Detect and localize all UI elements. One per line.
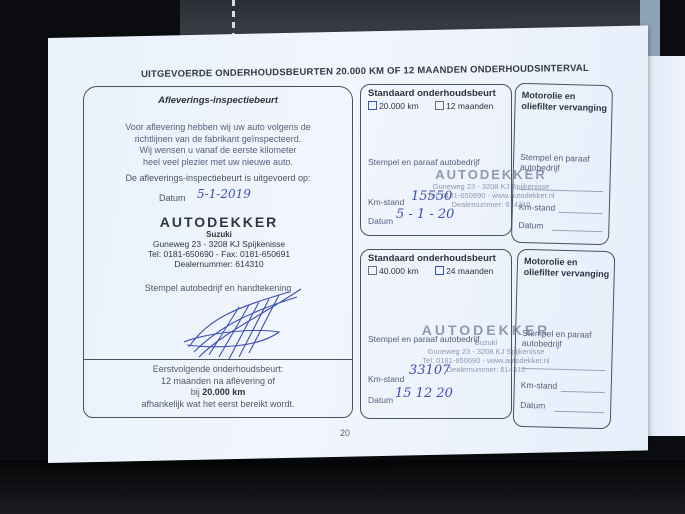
inspection-divider — [84, 359, 352, 360]
service-title: Standaard onderhoudsbeurt — [368, 88, 496, 99]
option-2-label: 24 maanden — [446, 266, 493, 276]
oil-title-line: oliefilter vervanging — [521, 101, 607, 114]
option-2-label: 12 maanden — [446, 101, 493, 111]
delivery-inspection-box: Afleverings-inspectiebeurt Voor afleveri… — [83, 86, 353, 418]
stamp-label: Stempel en paraaf autobedrijf — [368, 157, 480, 167]
stamp-label: Stempel en paraaf autobedrijf — [522, 328, 592, 350]
stamp-brand: AUTODEKKER — [124, 214, 314, 230]
background-floor — [0, 460, 685, 514]
stamp-dealer: Dealernummer: 614310 — [124, 259, 314, 269]
service-options: 20.000 km 12 maanden — [368, 101, 493, 111]
next-service-info: Eerstvolgende onderhoudsbeurt: 12 maande… — [84, 364, 352, 410]
next-line: Eerstvolgende onderhoudsbeurt: — [84, 364, 352, 376]
datum-handwritten: 15 12 20 — [395, 386, 453, 401]
oil-change-box-1: Motorolie en oliefilter vervanging Stemp… — [511, 83, 613, 246]
next-line-km: bij 20.000 km — [84, 387, 352, 399]
km-field-line[interactable] — [559, 212, 603, 214]
datum-handwritten: 5 - 1 - 20 — [396, 207, 454, 222]
datum-label: Datum — [159, 193, 186, 203]
stamp-label: Stempel en paraaf autobedrijf — [520, 152, 590, 174]
stamp-phone: Tel: 0181-650690 - Fax: 0181-650691 — [124, 249, 314, 259]
oil-title: Motorolie en oliefilter vervanging — [524, 256, 610, 280]
stamp-label-line: autobedrijf — [522, 338, 592, 350]
stamp-address: Guneweg 23 - 3208 KJ Spijkenisse — [124, 239, 314, 249]
stamp-label-line: autobedrijf — [520, 162, 590, 174]
done-on-label: De afleverings-inspectiebeurt is uitgevo… — [84, 173, 352, 183]
stamp-underline — [521, 368, 605, 371]
checkbox-checked-icon[interactable] — [368, 101, 377, 110]
stamp-label: Stempel en paraaf autobedrijf — [368, 334, 480, 344]
km-label: Km-stand — [519, 202, 556, 213]
checkbox-icon[interactable] — [368, 266, 377, 275]
km-label: Km-stand — [368, 374, 404, 384]
datum-field-line[interactable] — [554, 411, 604, 413]
stamp-sub: Suzuki — [124, 230, 314, 239]
service-box-2: Standaard onderhoudsbeurt 40.000 km 24 m… — [360, 249, 512, 419]
oil-title: Motorolie en oliefilter vervanging — [521, 90, 607, 114]
intro-line: heel veel plezier met uw nieuwe auto. — [84, 157, 352, 169]
datum-label: Datum — [518, 220, 543, 231]
page-number: 20 — [340, 428, 350, 438]
intro-line: Voor aflevering hebben wij uw auto volge… — [84, 122, 352, 134]
km-field-line[interactable] — [561, 391, 605, 393]
next-line: 12 maanden na aflevering of — [84, 376, 352, 388]
checkbox-icon[interactable] — [435, 101, 444, 110]
datum-label: Datum — [368, 395, 393, 405]
km-value: 20.000 km — [202, 387, 245, 397]
service-options: 40.000 km 24 maanden — [368, 266, 493, 276]
checkbox-checked-icon[interactable] — [435, 266, 444, 275]
km-label: Km-stand — [521, 380, 558, 391]
oil-title-line: oliefilter vervanging — [524, 267, 610, 280]
inspection-title: Afleverings-inspectiebeurt — [84, 95, 352, 106]
km-handwritten: 33107 — [409, 363, 450, 378]
service-box-1: Standaard onderhoudsbeurt 20.000 km 12 m… — [360, 84, 512, 236]
intro-line: richtlijnen van de fabrikant geïnspectee… — [84, 134, 352, 146]
datum-label: Datum — [520, 400, 545, 411]
datum-label: Datum — [368, 216, 393, 226]
km-label: Km-stand — [368, 197, 404, 207]
km-handwritten: 15550 — [411, 189, 452, 204]
oil-change-box-2: Motorolie en oliefilter vervanging Stemp… — [513, 249, 616, 430]
inspection-intro: Voor aflevering hebben wij uw auto volge… — [84, 122, 352, 168]
option-1-label: 40.000 km — [379, 266, 419, 276]
intro-line: Wij wensen u vanaf de eerste kilometer — [84, 145, 352, 157]
dealer-stamp: AUTODEKKER Suzuki Guneweg 23 - 3208 KJ S… — [124, 214, 314, 269]
stamp-underline — [519, 189, 603, 192]
signature-scribble — [179, 287, 309, 362]
option-1-label: 20.000 km — [379, 101, 419, 111]
km-prefix: bij — [191, 387, 200, 397]
service-title: Standaard onderhoudsbeurt — [368, 253, 496, 264]
next-line: afhankelijk wat het eerst bereikt wordt. — [84, 399, 352, 411]
datum-handwritten: 5-1-2019 — [197, 187, 251, 201]
datum-field-line[interactable] — [552, 230, 602, 232]
